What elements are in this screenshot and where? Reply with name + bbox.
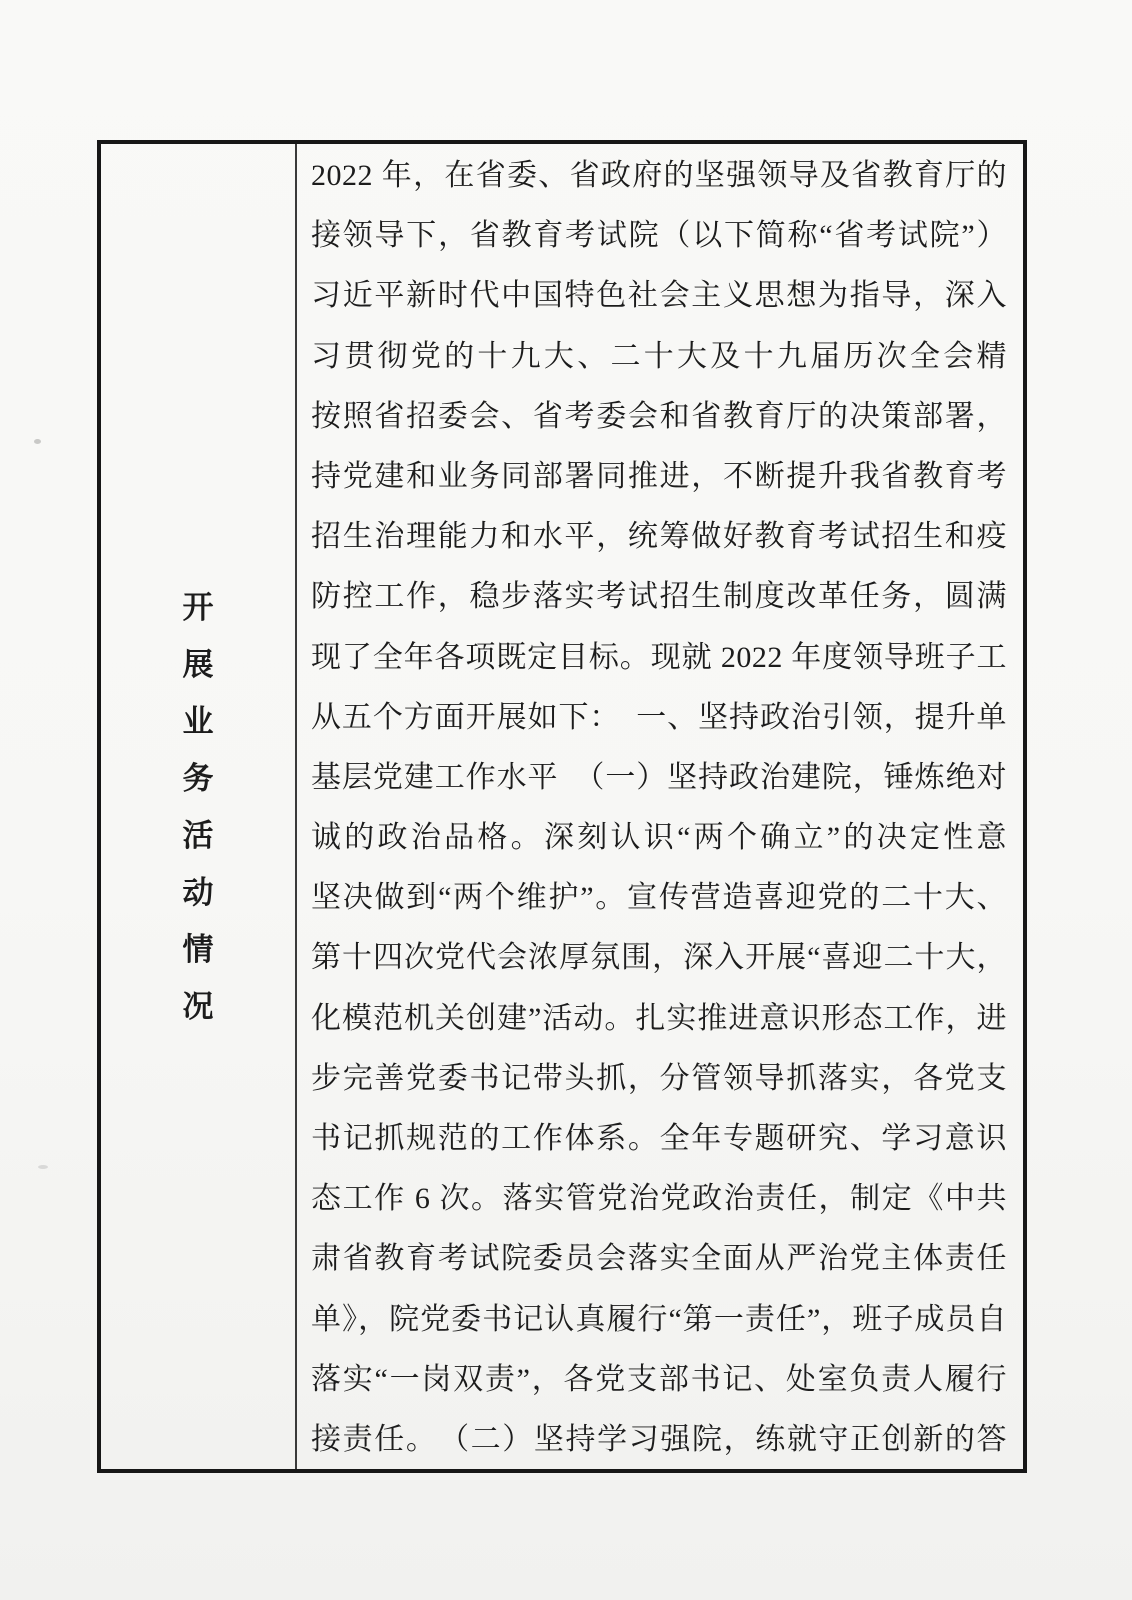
content-line: 化模范机关创建”活动。扎实推进意识形态工作，进一 — [311, 989, 1007, 1049]
row-header-char: 情 — [183, 921, 214, 978]
content-line: 步完善党委书记带头抓，分管领导抓落实，各党支部 — [311, 1049, 1007, 1109]
content-line: 习近平新时代中国特色社会主义思想为指导，深入学 — [311, 266, 1007, 326]
content-line: 现了全年各项既定目标。现就 2022 年度领导班子工作 — [311, 628, 1007, 688]
content-line: 诚的政治品格。深刻认识“两个确立”的决定性意义， — [311, 808, 1007, 868]
content-line: 态工作 6 次。落实管党治党政治责任，制定《中共甘 — [311, 1169, 1007, 1229]
content-line: 第十四次党代会浓厚氛围，深入开展“喜迎二十大，深 — [311, 928, 1007, 988]
content-line: 坚决做到“两个维护”。宣传营造喜迎党的二十大、省 — [311, 868, 1007, 928]
row-header-char: 动 — [183, 864, 214, 921]
row-header-cell: 开 展 业 务 活 动 情 况 — [101, 144, 297, 1469]
content-line: 落实“一岗双责”，各党支部书记、处室负责人履行直 — [311, 1350, 1007, 1410]
content-line: 单》，院党委书记认真履行“第一责任”，班子成员自觉 — [311, 1290, 1007, 1350]
content-line: 接领导下，省教育考试院（以下简称“省考试院”）以 — [311, 206, 1007, 266]
row-header-char: 务 — [183, 750, 214, 807]
scan-artifact — [34, 439, 41, 444]
content-line: 从五个方面开展如下： 一、坚持政治引领，提升单位 — [311, 688, 1007, 748]
row-header-char: 开 — [183, 579, 214, 636]
scan-artifact — [38, 1165, 48, 1169]
report-body-cell: 2022 年，在省委、省政府的坚强领导及省教育厅的直 接领导下，省教育考试院（以… — [297, 144, 1023, 1469]
content-line: 接责任。 （二）坚持学习强院，练就守正创新的答卷 — [311, 1410, 1007, 1469]
content-line: 肃省教育考试院委员会落实全面从严治党主体责任清 — [311, 1229, 1007, 1289]
scanned-document-page: 开 展 业 务 活 动 情 况 2022 年，在省委、省政府的坚强领导及省教育厅… — [0, 0, 1132, 1600]
content-line: 书记抓规范的工作体系。全年专题研究、学习意识形 — [311, 1109, 1007, 1169]
row-header-char: 业 — [183, 693, 214, 750]
row-header-char: 活 — [183, 807, 214, 864]
content-line: 持党建和业务同部署同推进，不断提升我省教育考试 — [311, 447, 1007, 507]
content-line: 招生治理能力和水平，统筹做好教育考试招生和疫情 — [311, 507, 1007, 567]
row-header-char: 展 — [183, 636, 214, 693]
report-table: 开 展 业 务 活 动 情 况 2022 年，在省委、省政府的坚强领导及省教育厅… — [97, 140, 1027, 1473]
content-line: 防控工作，稳步落实考试招生制度改革任务，圆满实 — [311, 567, 1007, 627]
row-header-char: 况 — [183, 978, 214, 1035]
content-line: 2022 年，在省委、省政府的坚强领导及省教育厅的直 — [311, 146, 1007, 206]
content-line: 习贯彻党的十九大、二十大及十九届历次全会精神， — [311, 327, 1007, 387]
content-line: 基层党建工作水平 （一）坚持政治建院，锤炼绝对忠 — [311, 748, 1007, 808]
content-line: 按照省招委会、省考委会和省教育厅的决策部署，坚 — [311, 387, 1007, 447]
